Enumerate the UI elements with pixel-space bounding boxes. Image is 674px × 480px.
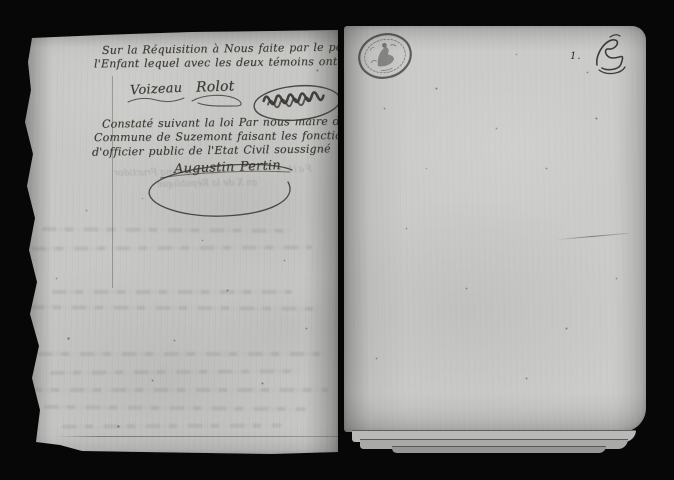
margin-fold-line	[112, 76, 113, 288]
paper-speckles	[22, 28, 23, 29]
bleedthrough-smudge	[52, 290, 292, 294]
bleedthrough-smudge	[30, 305, 320, 311]
paper-speckles	[344, 26, 345, 27]
signature-underline-icon	[126, 96, 188, 106]
handwritten-line: d'officier public de l'Etat Civil soussi…	[92, 142, 331, 158]
signature-paraph-icon	[190, 92, 248, 110]
left-page: Sur la Réquisition à Nous faite par le p…	[22, 28, 338, 454]
bleedthrough-smudge	[50, 369, 302, 375]
page-number: 1.	[570, 51, 582, 62]
ink-paraph-icon	[590, 31, 630, 77]
bleedthrough-smudge	[44, 405, 306, 411]
page-crease-line	[56, 436, 338, 437]
official-stamp-icon	[356, 29, 414, 83]
bleedthrough-smudge	[38, 352, 320, 356]
right-page: 1.	[344, 26, 648, 454]
bleedthrough-smudge	[62, 423, 282, 428]
bleedthrough-smudge	[32, 245, 312, 250]
scanned-register-spread: Sur la Réquisition à Nous faite par le p…	[0, 0, 674, 480]
bleedthrough-smudge	[28, 388, 328, 392]
bleedthrough-smudge	[42, 227, 292, 233]
right-page-sheet: 1.	[344, 26, 646, 432]
page-edge-stack	[392, 446, 606, 453]
scratch-mark	[556, 233, 628, 240]
